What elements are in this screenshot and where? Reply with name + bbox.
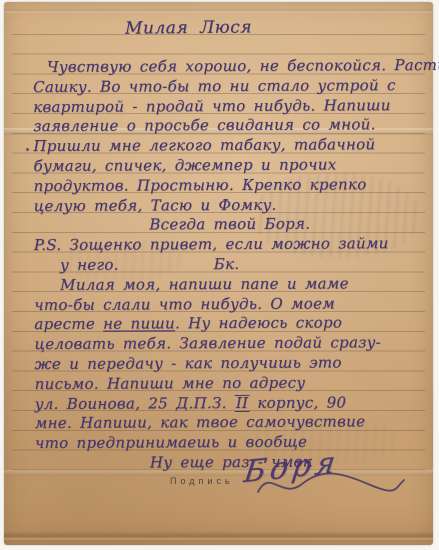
letter-line-text: . Ну надеюсь скоро bbox=[175, 314, 342, 333]
letter-line: бумаги, спичек, джемпер и прочих bbox=[33, 155, 425, 177]
letter-line-text: что предпринимаешь и вообще bbox=[35, 433, 307, 452]
letter-line-underline: не пиши bbox=[103, 315, 175, 333]
scanned-letter: Милая Люся Чувствую себя хорошо, не бесп… bbox=[0, 0, 439, 550]
letter-line: Милая моя, напиши папе и маме bbox=[34, 274, 426, 296]
letter-line: мне. Напиши, как твое самочувствие bbox=[35, 412, 427, 434]
letter-line-text: письмо. Напиши мне по адресу bbox=[35, 373, 306, 392]
letter-line: Чувствую себя хорошо, не беспокойся. Рас… bbox=[33, 56, 425, 78]
letter-paper: Милая Люся Чувствую себя хорошо, не бесп… bbox=[4, 2, 433, 545]
letter-line-text: же и передачу - как получишь это bbox=[34, 353, 341, 373]
letter-line-text: мне. Напиши, как твое самочувствие bbox=[35, 413, 365, 433]
letter-line-text: целовать тебя. Заявление подай сразу- bbox=[34, 333, 381, 353]
signature-label: Подпись bbox=[170, 476, 234, 486]
letter-line-text: P.S. Зощенко привет, если можно займи bbox=[34, 234, 389, 254]
letter-line-text: Чувствую себя хорошо, не беспокойся. Рас… bbox=[47, 56, 439, 76]
letter-line: что-бы слали что нибудь. О моем bbox=[34, 294, 426, 316]
letter-line: аресте не пиши. Ну надеюсь скоро bbox=[34, 313, 426, 335]
letter-line-text: ул. Воинова, 25 Д.П.З. bbox=[35, 394, 235, 413]
letter-line-text: целую тебя, Тасю и Фомку. bbox=[34, 195, 277, 214]
letter-line-text: продуктов. Простыню. Крепко крепко bbox=[34, 175, 367, 195]
letter-line: письмо. Напиши мне по адресу bbox=[35, 373, 427, 395]
letter-line-text: заявление о просьбе свидания со мной. bbox=[33, 116, 376, 136]
fold-crease bbox=[4, 9, 433, 13]
letter-line-text: у него. bbox=[60, 256, 119, 274]
letter-line-text: Милая моя, напиши папе и маме bbox=[60, 274, 349, 294]
letter-line: продуктов. Простыню. Крепко крепко bbox=[34, 175, 426, 197]
letter-line-text: бумаги, спичек, джемпер и прочих bbox=[33, 155, 336, 175]
letter-line-text: что-бы слали что нибудь. О моем bbox=[34, 294, 335, 314]
letter-line-gap: Бк. bbox=[214, 255, 240, 273]
ink-dot bbox=[26, 148, 29, 151]
letter-line: у него.Бк. bbox=[34, 254, 426, 276]
letter-line-text: Всегда твой Боря. bbox=[149, 215, 310, 234]
letter-line-text: квартирой - продай что нибудь. Напиши bbox=[33, 96, 391, 116]
letter-line: P.S. Зощенко привет, если можно займи bbox=[34, 234, 426, 256]
letter-line-text: Сашку. Во что-бы то ни стало устрой с bbox=[33, 76, 396, 96]
letter-line: Пришли мне легкого табаку, табачной bbox=[33, 135, 425, 157]
letter-line-text: аресте bbox=[34, 315, 103, 333]
letter-line: Ну еще раз - чмок bbox=[35, 452, 427, 474]
letter-line: ул. Воинова, 25 Д.П.З. II корпус, 90 bbox=[35, 393, 427, 415]
letter-line: квартирой - продай что нибудь. Напиши bbox=[33, 96, 425, 118]
letter-line-text: корпус, 90 bbox=[249, 393, 346, 412]
letter-body: Чувствую себя хорошо, не беспокойся. Рас… bbox=[33, 56, 427, 474]
letter-line: Сашку. Во что-бы то ни стало устрой с bbox=[33, 76, 425, 98]
letter-line-text: Пришли мне легкого табаку, табачной bbox=[33, 135, 375, 155]
letter-line: целую тебя, Тасю и Фомку. bbox=[34, 195, 426, 217]
letter-line: заявление о просьбе свидания со мной. bbox=[33, 115, 425, 137]
letter-line: же и передачу - как получишь это bbox=[34, 353, 426, 375]
letter-line-roman: II bbox=[235, 394, 250, 412]
letter-line: Всегда твой Боря. bbox=[34, 214, 426, 236]
letter-line: целовать тебя. Заявление подай сразу- bbox=[34, 333, 426, 355]
letter-line: что предпринимаешь и вообще bbox=[35, 432, 427, 454]
